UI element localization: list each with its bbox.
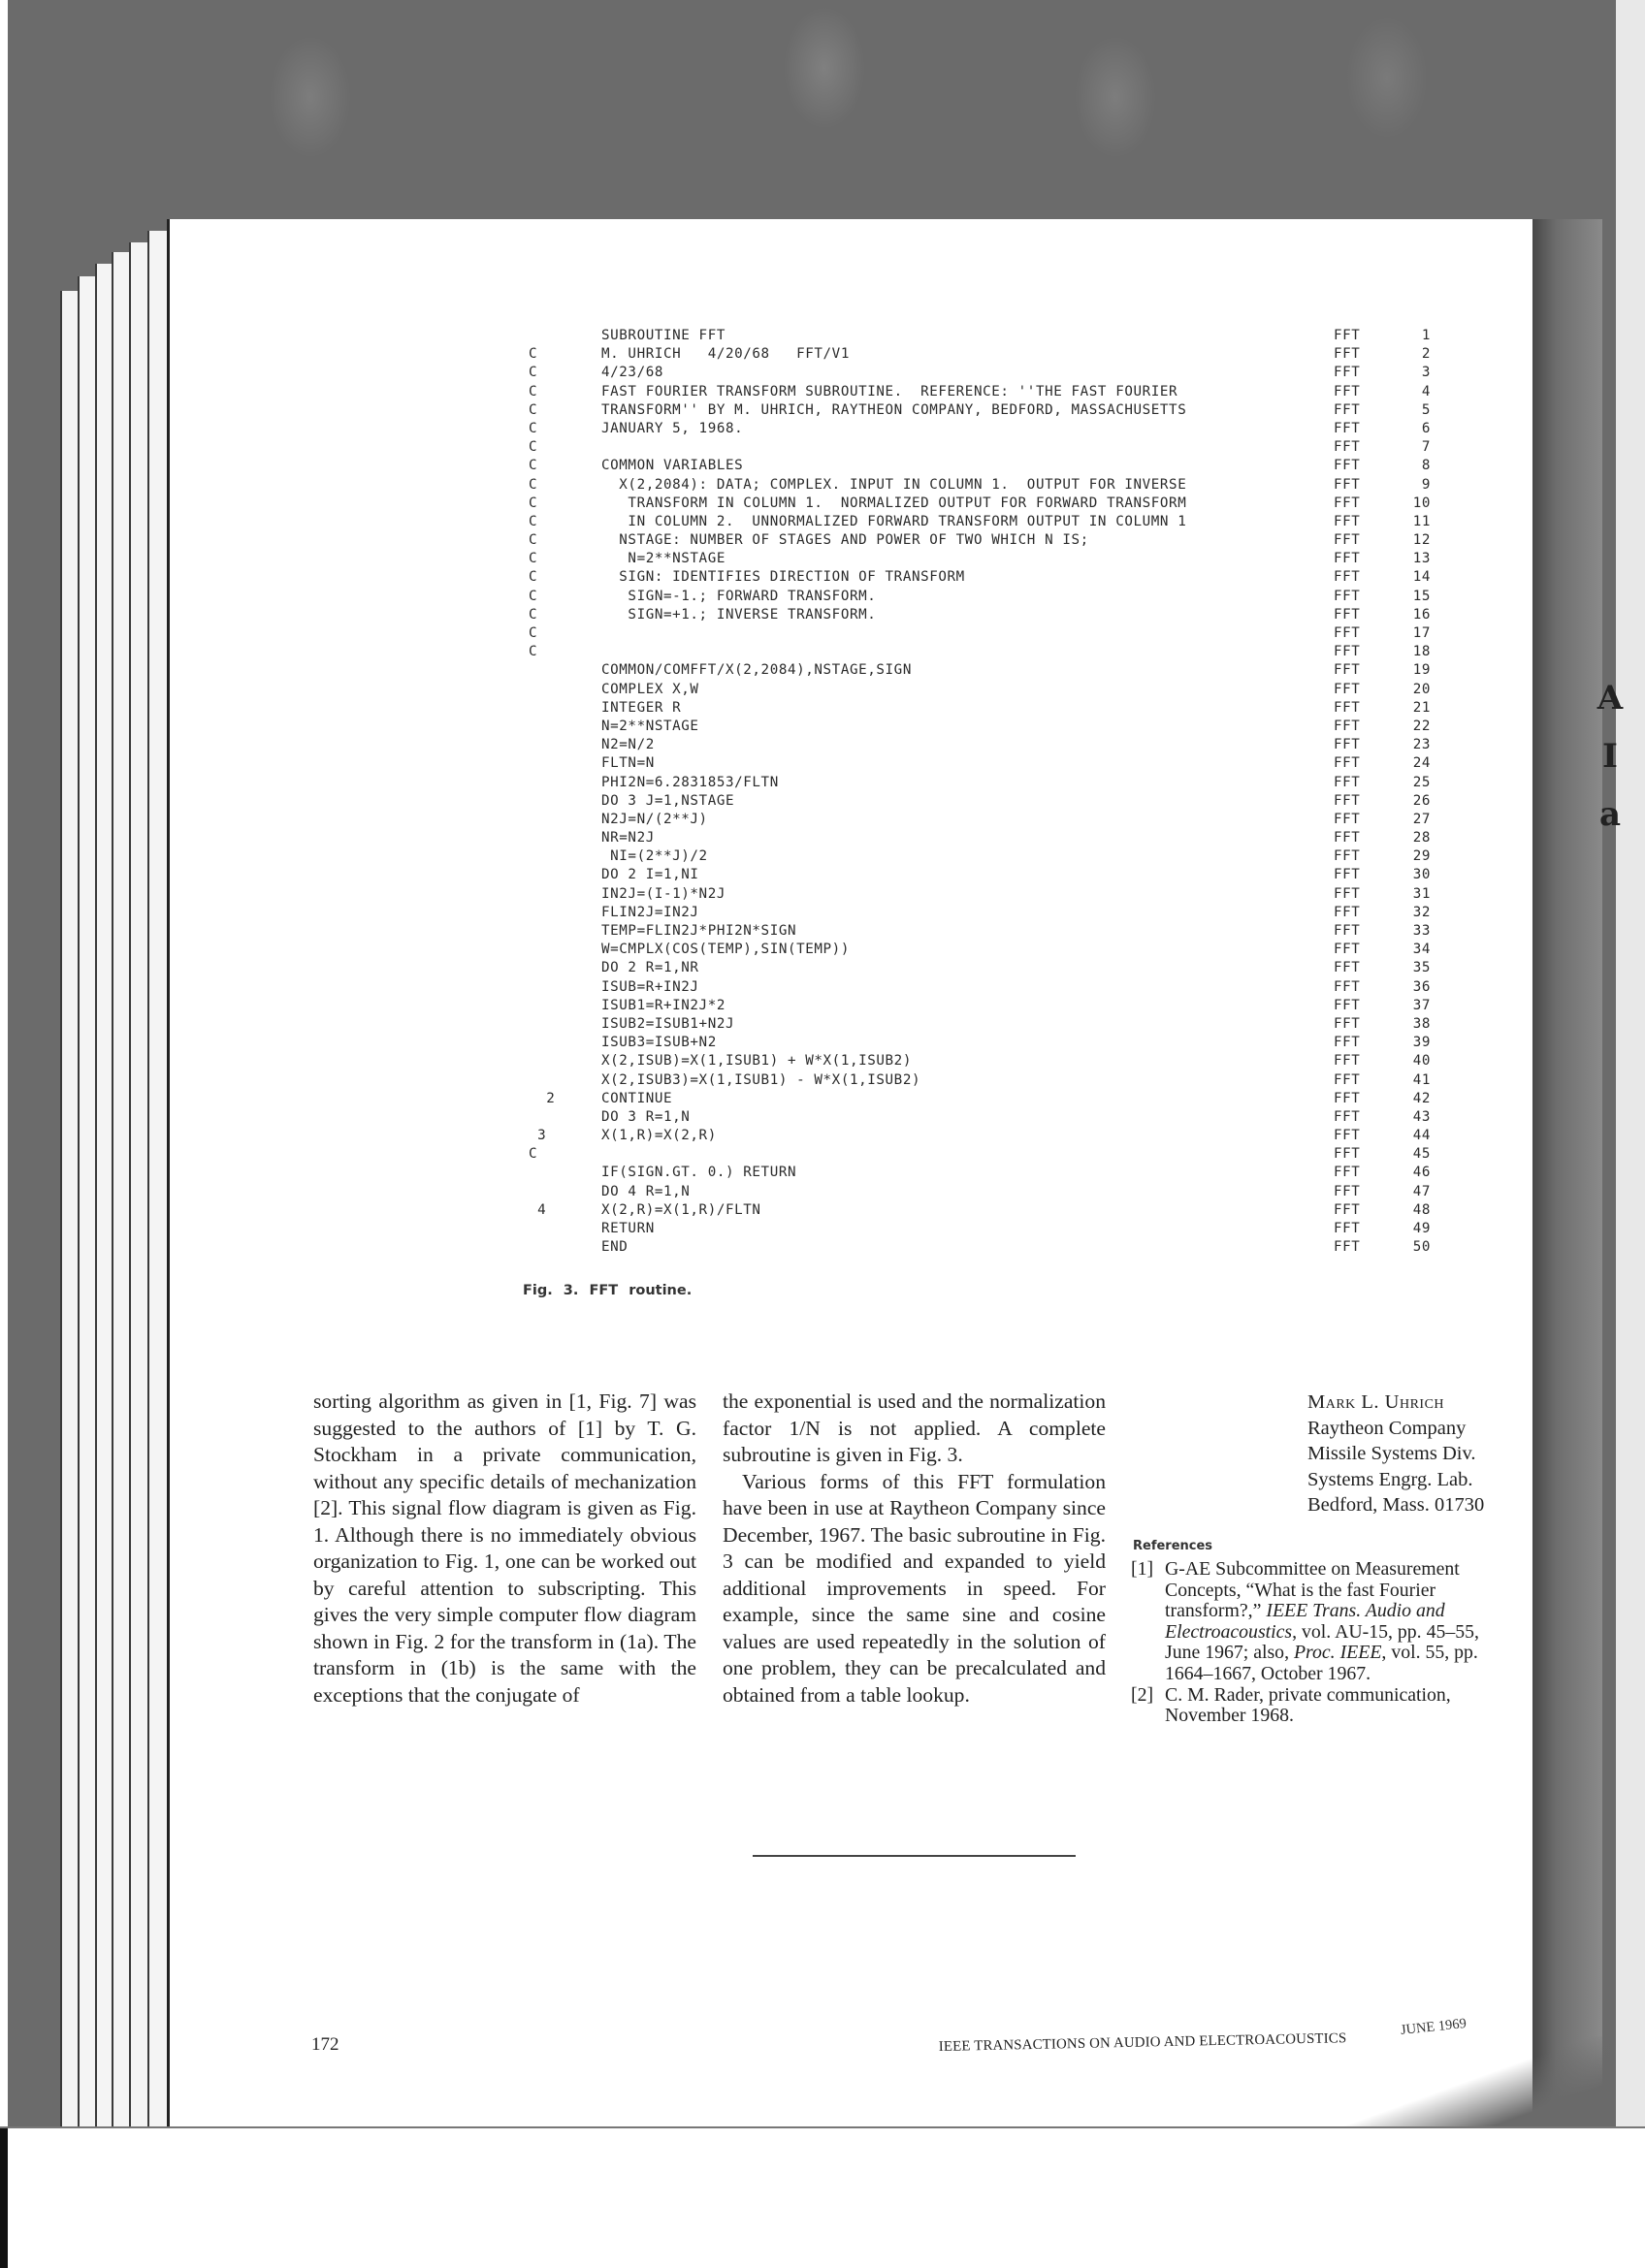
next-page-glimpse: A I a	[1596, 669, 1625, 844]
page-gutter-shadow	[1525, 219, 1602, 2127]
code-statement: IN2J=(I-1)*N2J	[601, 885, 726, 904]
code-statement: INTEGER R	[601, 699, 681, 718]
line-number: 9	[1392, 476, 1431, 495]
sequence-id: FFT	[1334, 1220, 1360, 1238]
code-statement: SIGN=+1.; INVERSE TRANSFORM.	[601, 606, 876, 624]
next-page-letter: I	[1596, 727, 1625, 785]
line-number: 47	[1392, 1183, 1431, 1201]
code-statement: SUBROUTINE FFT	[601, 327, 726, 345]
page-number: 172	[311, 2034, 339, 2056]
code-line: 3X(1,R)=X(2,R)FFT44	[529, 1127, 1440, 1145]
sequence-id: FFT	[1334, 661, 1360, 680]
statement-label: 4	[529, 1201, 577, 1220]
sequence-id: FFT	[1334, 1127, 1360, 1145]
code-line: CFAST FOURIER TRANSFORM SUBROUTINE. REFE…	[529, 383, 1440, 401]
code-statement: N2J=N/(2**J)	[601, 811, 708, 829]
line-number: 40	[1392, 1052, 1431, 1070]
page-curl-shadow	[1261, 2036, 1610, 2127]
paragraph: sorting algorithm as given in [1, Fig. 7…	[313, 1389, 696, 1709]
code-line: FLTN=NFFT24	[529, 754, 1440, 773]
code-statement: END	[601, 1238, 628, 1257]
next-page-letter: A	[1596, 669, 1625, 727]
code-statement: W=CMPLX(COS(TEMP),SIN(TEMP))	[601, 941, 850, 959]
line-number: 28	[1392, 829, 1431, 847]
code-line: W=CMPLX(COS(TEMP),SIN(TEMP))FFT34	[529, 941, 1440, 959]
statement-label: C	[529, 383, 577, 401]
sequence-id: FFT	[1334, 1071, 1360, 1090]
references-list: [1]G-AE Subcommittee on Measurement Conc…	[1131, 1559, 1511, 1727]
sequence-id: FFT	[1334, 624, 1360, 643]
affiliation-line: Bedford, Mass. 01730	[1307, 1492, 1540, 1518]
code-line: NI=(2**J)/2FFT29	[529, 847, 1440, 866]
line-number: 10	[1392, 495, 1431, 513]
sequence-id: FFT	[1334, 681, 1360, 699]
sequence-id: FFT	[1334, 1145, 1360, 1164]
sequence-id: FFT	[1334, 420, 1360, 438]
line-number: 35	[1392, 959, 1431, 977]
code-statement: ISUB3=ISUB+N2	[601, 1034, 717, 1052]
line-number: 44	[1392, 1127, 1431, 1145]
line-number: 48	[1392, 1201, 1431, 1220]
code-statement: 4/23/68	[601, 364, 663, 382]
sequence-id: FFT	[1334, 699, 1360, 718]
sequence-id: FFT	[1334, 959, 1360, 977]
code-line: CCOMMON VARIABLESFFT8	[529, 457, 1440, 475]
code-line: COMPLEX X,WFFT20	[529, 681, 1440, 699]
line-number: 42	[1392, 1090, 1431, 1108]
line-number: 31	[1392, 885, 1431, 904]
affiliation-line: Raytheon Company	[1307, 1416, 1540, 1442]
sequence-id: FFT	[1334, 401, 1360, 420]
sequence-id: FFT	[1334, 1201, 1360, 1220]
code-statement: CONTINUE	[601, 1090, 672, 1108]
line-number: 39	[1392, 1034, 1431, 1052]
code-statement: TEMP=FLIN2J*PHI2N*SIGN	[601, 922, 796, 941]
code-statement: N2=N/2	[601, 736, 655, 754]
sequence-id: FFT	[1334, 997, 1360, 1015]
code-statement: NSTAGE: NUMBER OF STAGES AND POWER OF TW…	[601, 531, 1089, 550]
line-number: 15	[1392, 588, 1431, 606]
sequence-id: FFT	[1334, 811, 1360, 829]
figure-caption: Fig. 3. FFT routine.	[523, 1283, 692, 1298]
line-number: 24	[1392, 754, 1431, 773]
line-number: 25	[1392, 774, 1431, 792]
scan-edge	[0, 0, 8, 2128]
code-line: C NSTAGE: NUMBER OF STAGES AND POWER OF …	[529, 531, 1440, 550]
line-number: 7	[1392, 438, 1431, 457]
line-number: 34	[1392, 941, 1431, 959]
sequence-id: FFT	[1334, 736, 1360, 754]
line-number: 17	[1392, 624, 1431, 643]
code-line: DO 3 J=1,NSTAGEFFT26	[529, 792, 1440, 811]
sequence-id: FFT	[1334, 588, 1360, 606]
sequence-id: FFT	[1334, 866, 1360, 884]
code-statement: DO 3 R=1,N	[601, 1108, 690, 1127]
body-column-1: sorting algorithm as given in [1, Fig. 7…	[313, 1389, 696, 1709]
statement-label: C	[529, 624, 577, 643]
reference-number: [1]	[1131, 1559, 1165, 1685]
line-number: 2	[1392, 345, 1431, 364]
line-number: 45	[1392, 1145, 1431, 1164]
right-margin-strip	[1616, 0, 1645, 2128]
sequence-id: FFT	[1334, 718, 1360, 736]
code-line: 2CONTINUEFFT42	[529, 1090, 1440, 1108]
code-line: CFFT17	[529, 624, 1440, 643]
line-number: 11	[1392, 513, 1431, 531]
line-number: 50	[1392, 1238, 1431, 1257]
line-number: 29	[1392, 847, 1431, 866]
code-line: ISUB1=R+IN2J*2FFT37	[529, 997, 1440, 1015]
line-number: 43	[1392, 1108, 1431, 1127]
code-statement: JANUARY 5, 1968.	[601, 420, 743, 438]
line-number: 21	[1392, 699, 1431, 718]
code-line: C X(2,2084): DATA; COMPLEX. INPUT IN COL…	[529, 476, 1440, 495]
code-statement: COMMON/COMFFT/X(2,2084),NSTAGE,SIGN	[601, 661, 912, 680]
code-statement: DO 3 J=1,NSTAGE	[601, 792, 734, 811]
statement-label: C	[529, 438, 577, 457]
sequence-id: FFT	[1334, 364, 1360, 382]
statement-label: C	[529, 476, 577, 495]
code-statement: NR=N2J	[601, 829, 655, 847]
sequence-id: FFT	[1334, 774, 1360, 792]
code-statement: X(1,R)=X(2,R)	[601, 1127, 717, 1145]
code-line: C TRANSFORM IN COLUMN 1. NORMALIZED OUTP…	[529, 495, 1440, 513]
code-line: PHI2N=6.2831853/FLTNFFT25	[529, 774, 1440, 792]
sequence-id: FFT	[1334, 457, 1360, 475]
code-statement: PHI2N=6.2831853/FLTN	[601, 774, 779, 792]
references-heading: References	[1133, 1539, 1212, 1553]
code-line: ENDFFT50	[529, 1238, 1440, 1257]
code-line: C4/23/68FFT3	[529, 364, 1440, 382]
code-line: X(2,ISUB3)=X(1,ISUB1) - W*X(1,ISUB2)FFT4…	[529, 1071, 1440, 1090]
code-statement: IN COLUMN 2. UNNORMALIZED FORWARD TRANSF…	[601, 513, 1186, 531]
statement-label: C	[529, 588, 577, 606]
next-page-letter: a	[1596, 785, 1625, 844]
code-statement: DO 4 R=1,N	[601, 1183, 690, 1201]
line-number: 27	[1392, 811, 1431, 829]
line-number: 18	[1392, 643, 1431, 661]
statement-label: C	[529, 457, 577, 475]
code-line: RETURNFFT49	[529, 1220, 1440, 1238]
code-line: CJANUARY 5, 1968.FFT6	[529, 420, 1440, 438]
code-statement: M. UHRICH 4/20/68 FFT/V1	[601, 345, 850, 364]
section-divider	[753, 1855, 1076, 1857]
line-number: 33	[1392, 922, 1431, 941]
line-number: 1	[1392, 327, 1431, 345]
code-statement: ISUB=R+IN2J	[601, 978, 699, 997]
code-line: CFFT45	[529, 1145, 1440, 1164]
code-statement: N=2**NSTAGE	[601, 550, 726, 568]
sequence-id: FFT	[1334, 829, 1360, 847]
code-line: CFFT18	[529, 643, 1440, 661]
author-affiliation: Raytheon CompanyMissile Systems Div.Syst…	[1307, 1416, 1540, 1518]
body-column-2: the exponential is used and the normaliz…	[723, 1389, 1106, 1709]
statement-label: C	[529, 345, 577, 364]
sequence-id: FFT	[1334, 606, 1360, 624]
sequence-id: FFT	[1334, 847, 1360, 866]
sequence-id: FFT	[1334, 513, 1360, 531]
fortran-code-listing: SUBROUTINE FFTFFT1CM. UHRICH 4/20/68 FFT…	[529, 327, 1440, 1257]
code-statement: X(2,ISUB3)=X(1,ISUB1) - W*X(1,ISUB2)	[601, 1071, 920, 1090]
code-statement: X(2,R)=X(1,R)/FLTN	[601, 1201, 761, 1220]
line-number: 8	[1392, 457, 1431, 475]
statement-label: C	[529, 401, 577, 420]
sequence-id: FFT	[1334, 1034, 1360, 1052]
author-block: Mark L. Uhrich Raytheon CompanyMissile S…	[1307, 1390, 1540, 1518]
sequence-id: FFT	[1334, 476, 1360, 495]
statement-label: C	[529, 513, 577, 531]
code-line: C SIGN=+1.; INVERSE TRANSFORM.FFT16	[529, 606, 1440, 624]
statement-label: C	[529, 606, 577, 624]
line-number: 4	[1392, 383, 1431, 401]
line-number: 32	[1392, 904, 1431, 922]
code-line: IF(SIGN.GT. 0.) RETURNFFT46	[529, 1164, 1440, 1182]
line-number: 13	[1392, 550, 1431, 568]
code-statement: SIGN: IDENTIFIES DIRECTION OF TRANSFORM	[601, 568, 965, 587]
code-line: CM. UHRICH 4/20/68 FFT/V1FFT2	[529, 345, 1440, 364]
reference-item: [1]G-AE Subcommittee on Measurement Conc…	[1131, 1559, 1511, 1685]
sequence-id: FFT	[1334, 941, 1360, 959]
code-line: X(2,ISUB)=X(1,ISUB1) + W*X(1,ISUB2)FFT40	[529, 1052, 1440, 1070]
sequence-id: FFT	[1334, 922, 1360, 941]
paragraph: Various forms of this FFT formulation ha…	[723, 1469, 1106, 1709]
code-statement: NI=(2**J)/2	[601, 847, 708, 866]
line-number: 41	[1392, 1071, 1431, 1090]
statement-label: C	[529, 643, 577, 661]
code-line: 4X(2,R)=X(1,R)/FLTNFFT48	[529, 1201, 1440, 1220]
code-line: SUBROUTINE FFTFFT1	[529, 327, 1440, 345]
statement-label: C	[529, 568, 577, 587]
statement-label: C	[529, 364, 577, 382]
sequence-id: FFT	[1334, 1238, 1360, 1257]
scan-bottom-area	[0, 2128, 1645, 2268]
code-line: DO 2 I=1,NIFFT30	[529, 866, 1440, 884]
line-number: 23	[1392, 736, 1431, 754]
line-number: 12	[1392, 531, 1431, 550]
sequence-id: FFT	[1334, 1015, 1360, 1034]
code-line: CFFT7	[529, 438, 1440, 457]
code-statement: X(2,2084): DATA; COMPLEX. INPUT IN COLUM…	[601, 476, 1186, 495]
code-statement: COMMON VARIABLES	[601, 457, 743, 475]
reference-item: [2]C. M. Rader, private communication, N…	[1131, 1685, 1511, 1727]
line-number: 14	[1392, 568, 1431, 587]
statement-label: 2	[529, 1090, 577, 1108]
code-line: IN2J=(I-1)*N2JFFT31	[529, 885, 1440, 904]
code-line: ISUB3=ISUB+N2FFT39	[529, 1034, 1440, 1052]
sequence-id: FFT	[1334, 327, 1360, 345]
sequence-id: FFT	[1334, 383, 1360, 401]
sequence-id: FFT	[1334, 345, 1360, 364]
code-line: NR=N2JFFT28	[529, 829, 1440, 847]
author-name: Mark L. Uhrich	[1307, 1390, 1540, 1416]
code-line: N=2**NSTAGEFFT22	[529, 718, 1440, 736]
scan-corner-mark	[0, 2128, 8, 2268]
code-statement: ISUB1=R+IN2J*2	[601, 997, 726, 1015]
code-line: COMMON/COMFFT/X(2,2084),NSTAGE,SIGNFFT19	[529, 661, 1440, 680]
code-line: TEMP=FLIN2J*PHI2N*SIGNFFT33	[529, 922, 1440, 941]
line-number: 5	[1392, 401, 1431, 420]
code-statement: RETURN	[601, 1220, 655, 1238]
code-line: DO 3 R=1,NFFT43	[529, 1108, 1440, 1127]
sequence-id: FFT	[1334, 792, 1360, 811]
code-line: ISUB2=ISUB1+N2JFFT38	[529, 1015, 1440, 1034]
line-number: 16	[1392, 606, 1431, 624]
sequence-id: FFT	[1334, 550, 1360, 568]
code-line: N2J=N/(2**J)FFT27	[529, 811, 1440, 829]
line-number: 22	[1392, 718, 1431, 736]
reference-text: C. M. Rader, private communication, Nove…	[1165, 1685, 1511, 1727]
statement-label: C	[529, 1145, 577, 1164]
code-statement: X(2,ISUB)=X(1,ISUB1) + W*X(1,ISUB2)	[601, 1052, 912, 1070]
line-number: 20	[1392, 681, 1431, 699]
code-line: DO 4 R=1,NFFT47	[529, 1183, 1440, 1201]
code-line: C SIGN=-1.; FORWARD TRANSFORM.FFT15	[529, 588, 1440, 606]
line-number: 36	[1392, 978, 1431, 997]
line-number: 19	[1392, 661, 1431, 680]
code-line: CTRANSFORM'' BY M. UHRICH, RAYTHEON COMP…	[529, 401, 1440, 420]
statement-label: C	[529, 531, 577, 550]
line-number: 30	[1392, 866, 1431, 884]
sequence-id: FFT	[1334, 1183, 1360, 1201]
line-number: 46	[1392, 1164, 1431, 1182]
affiliation-line: Systems Engrg. Lab.	[1307, 1467, 1540, 1493]
code-statement: DO 2 R=1,NR	[601, 959, 699, 977]
sequence-id: FFT	[1334, 1052, 1360, 1070]
reference-text: G-AE Subcommittee on Measurement Concept…	[1165, 1559, 1511, 1685]
line-number: 49	[1392, 1220, 1431, 1238]
code-statement: TRANSFORM'' BY M. UHRICH, RAYTHEON COMPA…	[601, 401, 1186, 420]
sequence-id: FFT	[1334, 438, 1360, 457]
statement-label: C	[529, 550, 577, 568]
statement-label: C	[529, 495, 577, 513]
code-statement: ISUB2=ISUB1+N2J	[601, 1015, 734, 1034]
code-line: FLIN2J=IN2JFFT32	[529, 904, 1440, 922]
code-line: INTEGER RFFT21	[529, 699, 1440, 718]
code-line: C SIGN: IDENTIFIES DIRECTION OF TRANSFOR…	[529, 568, 1440, 587]
sequence-id: FFT	[1334, 531, 1360, 550]
statement-label: C	[529, 420, 577, 438]
code-statement: SIGN=-1.; FORWARD TRANSFORM.	[601, 588, 876, 606]
line-number: 37	[1392, 997, 1431, 1015]
code-statement: FLIN2J=IN2J	[601, 904, 699, 922]
code-statement: FLTN=N	[601, 754, 655, 773]
code-line: N2=N/2FFT23	[529, 736, 1440, 754]
sequence-id: FFT	[1334, 568, 1360, 587]
affiliation-line: Missile Systems Div.	[1307, 1441, 1540, 1467]
code-statement: COMPLEX X,W	[601, 681, 699, 699]
code-line: C N=2**NSTAGEFFT13	[529, 550, 1440, 568]
line-number: 38	[1392, 1015, 1431, 1034]
sequence-id: FFT	[1334, 643, 1360, 661]
statement-label: 3	[529, 1127, 577, 1145]
sequence-id: FFT	[1334, 885, 1360, 904]
reference-number: [2]	[1131, 1685, 1165, 1727]
code-line: C IN COLUMN 2. UNNORMALIZED FORWARD TRAN…	[529, 513, 1440, 531]
code-statement: DO 2 I=1,NI	[601, 866, 699, 884]
sequence-id: FFT	[1334, 1090, 1360, 1108]
code-line: ISUB=R+IN2JFFT36	[529, 978, 1440, 997]
code-statement: FAST FOURIER TRANSFORM SUBROUTINE. REFER…	[601, 383, 1177, 401]
sequence-id: FFT	[1334, 978, 1360, 997]
sequence-id: FFT	[1334, 1164, 1360, 1182]
line-number: 6	[1392, 420, 1431, 438]
sequence-id: FFT	[1334, 495, 1360, 513]
code-statement: IF(SIGN.GT. 0.) RETURN	[601, 1164, 796, 1182]
sequence-id: FFT	[1334, 904, 1360, 922]
paragraph: the exponential is used and the normaliz…	[723, 1389, 1106, 1469]
code-line: DO 2 R=1,NRFFT35	[529, 959, 1440, 977]
sequence-id: FFT	[1334, 1108, 1360, 1127]
line-number: 26	[1392, 792, 1431, 811]
code-statement: N=2**NSTAGE	[601, 718, 699, 736]
line-number: 3	[1392, 364, 1431, 382]
code-statement: TRANSFORM IN COLUMN 1. NORMALIZED OUTPUT…	[601, 495, 1186, 513]
sequence-id: FFT	[1334, 754, 1360, 773]
